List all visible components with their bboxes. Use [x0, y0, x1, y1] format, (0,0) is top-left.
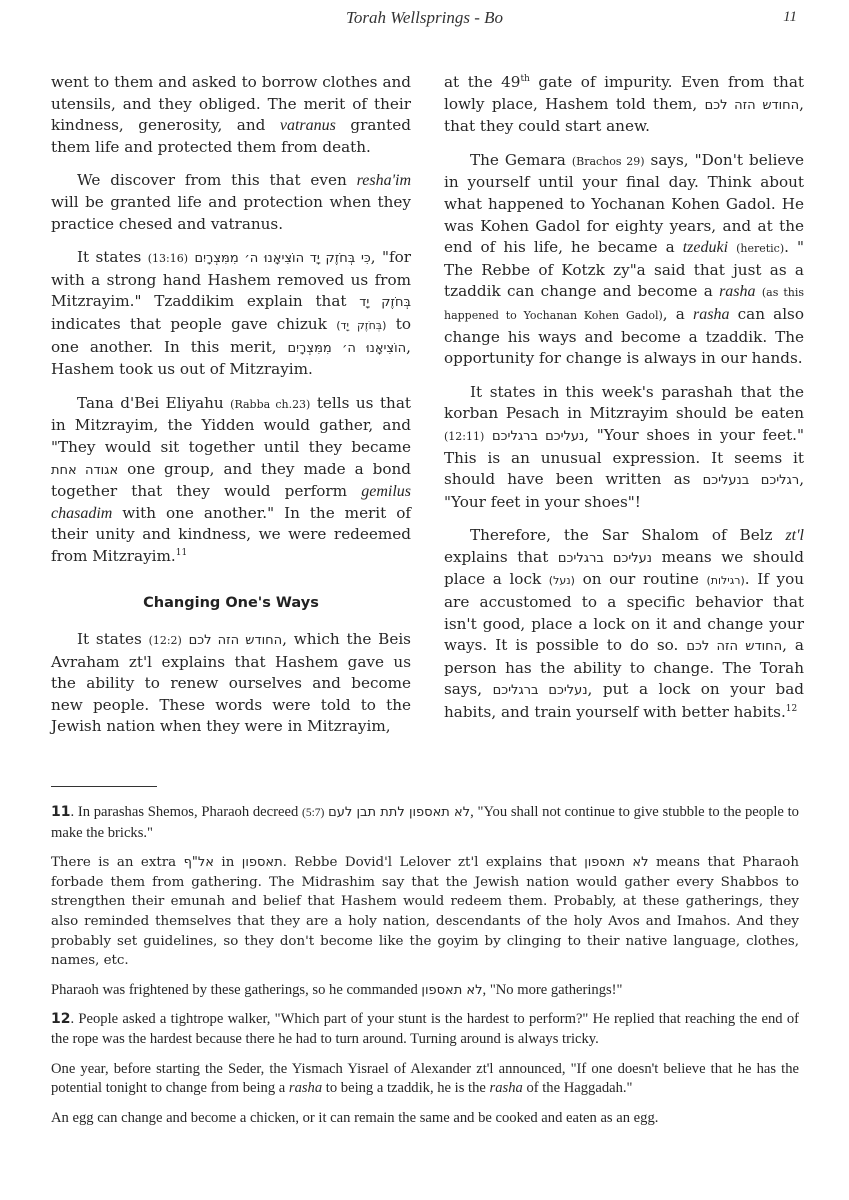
hebrew-quote: אגודה אחת	[51, 463, 118, 478]
footnote-paragraph: An egg can change and become a chicken, …	[51, 1109, 799, 1129]
left-column: went to them and asked to borrow clothes…	[51, 72, 411, 750]
hebrew-quote: נעליכם ברגליכם	[558, 551, 652, 566]
footnote-11: 11. In parashas Shemos, Pharaoh decreed …	[51, 803, 799, 843]
source-ref: (12:11)	[444, 430, 484, 443]
source-ref: (Rabba ch.23)	[230, 398, 310, 411]
hebrew-gloss: (רגילות)	[707, 574, 745, 587]
footnote-marker[interactable]: 11	[176, 548, 187, 558]
paragraph: It states (12:2) החודש הזה לכם, which th…	[51, 629, 411, 738]
paragraph: at the 49th gate of impurity. Even from …	[444, 72, 804, 138]
footnotes: 11. In parashas Shemos, Pharaoh decreed …	[51, 803, 799, 1138]
hebrew-quote: (בְּחֹזֶק יָד)	[336, 319, 386, 332]
hebrew-quote: הוֹצִיאָנוּ ה׳ מִמִּצְרָיִם	[288, 341, 407, 356]
footnote-12: 12. People asked a tightrope walker, "Wh…	[51, 1010, 799, 1049]
source-ref: (12:2)	[149, 634, 182, 647]
source-ref: (13:16)	[148, 252, 188, 265]
source-ref: (heretic)	[736, 242, 784, 255]
paragraph: We discover from this that even resha'im…	[51, 170, 411, 235]
source-ref: (Brachos 29)	[572, 155, 645, 168]
footnote-number: 12	[51, 1011, 70, 1027]
right-column: at the 49th gate of impurity. Even from …	[444, 72, 804, 736]
footnote-paragraph: One year, before starting the Seder, the…	[51, 1060, 799, 1099]
footnote-marker[interactable]: 12	[786, 704, 797, 714]
footnote-paragraph: There is an extra אל"ף in תאספון. Rebbe …	[51, 853, 799, 971]
source-ref: (5:7)	[302, 807, 324, 819]
paragraph: Therefore, the Sar Shalom of Belz zt'l e…	[444, 525, 804, 723]
book-title: Torah Wellsprings - Bo	[0, 8, 849, 28]
paragraph: The Gemara (Brachos 29) says, "Don't bel…	[444, 150, 804, 370]
hebrew-quote: החודש הזה לכם	[189, 633, 282, 648]
hebrew-quote: כִּי בְּחֹזֶק יָד הוֹצִיאָנוּ ה׳ מִמִּצְ…	[194, 251, 370, 266]
footnote-separator	[51, 786, 157, 787]
paragraph: went to them and asked to borrow clothes…	[51, 72, 411, 158]
hebrew-quote: לא תאספון לתת תבן לעם	[328, 805, 470, 820]
paragraph: It states (13:16) כִּי בְּחֹזֶק יָד הוֹצ…	[51, 247, 411, 381]
paragraph: It states in this week's parashah that t…	[444, 382, 804, 514]
section-heading: Changing One's Ways	[51, 593, 411, 615]
page-number: 11	[783, 9, 797, 26]
hebrew-quote: החודש הזה לכם	[686, 639, 782, 654]
footnote-paragraph: Pharaoh was frightened by these gatherin…	[51, 981, 799, 1001]
hebrew-quote: נעליכם ברגליכם	[492, 429, 584, 444]
footnote-number: 11	[51, 804, 70, 820]
paragraph: Tana d'Bei Eliyahu (Rabba ch.23) tells u…	[51, 393, 411, 568]
hebrew-quote: בְּחֹזֶק יָד	[359, 295, 411, 310]
hebrew-quote: נעליכם ברגליכם	[493, 683, 588, 698]
running-header: Torah Wellsprings - Bo 11	[0, 2, 849, 32]
hebrew-quote: החודש הזה לכם	[705, 98, 800, 113]
hebrew-quote: רגליכם בנעליכם	[703, 473, 800, 488]
hebrew-gloss: (נעל)	[549, 574, 575, 587]
